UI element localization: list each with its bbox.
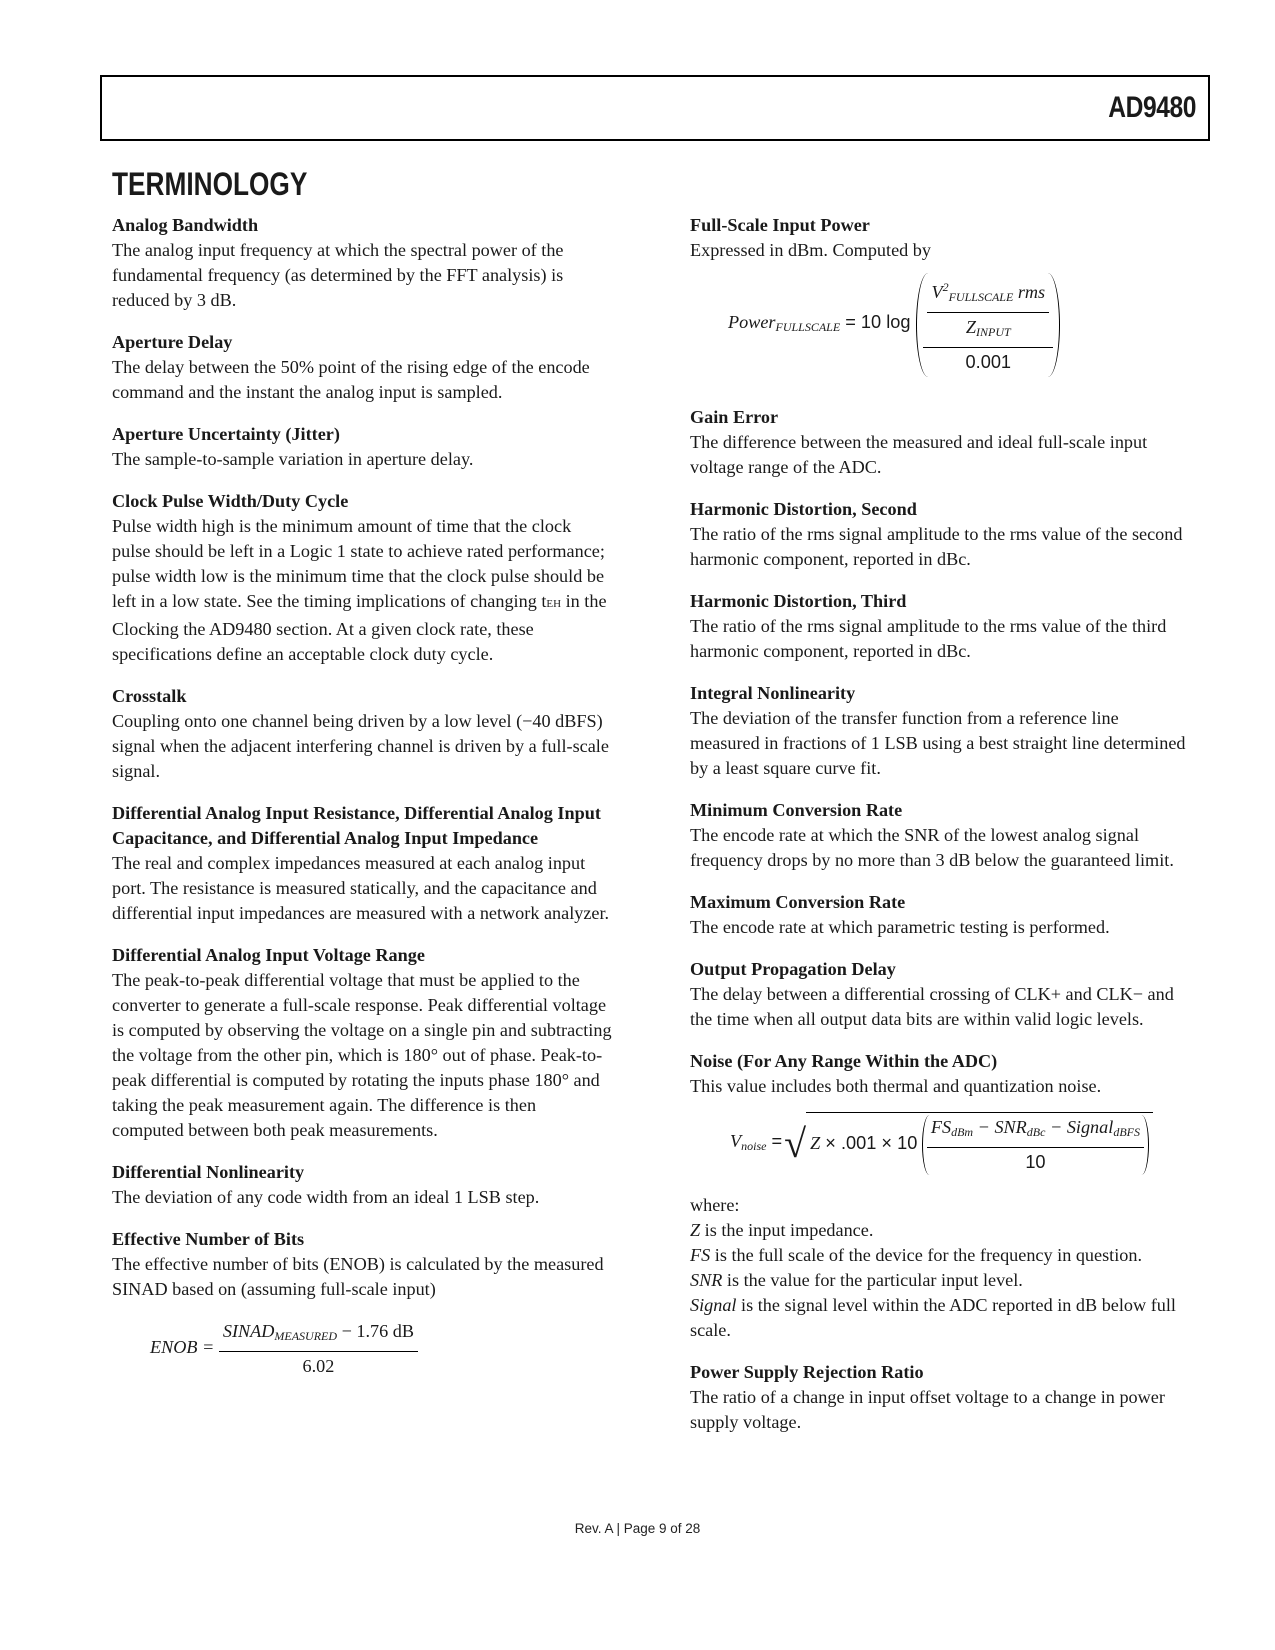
- term-body: The deviation of any code width from an …: [112, 1185, 612, 1210]
- term-body: This value includes both thermal and qua…: [690, 1074, 1190, 1099]
- var: Z: [966, 317, 976, 337]
- term-title: Full-Scale Input Power: [690, 213, 1190, 238]
- where-item: Z is the input impedance.: [690, 1218, 1190, 1243]
- term-differential-input-impedance: Differential Analog Input Resistance, Di…: [112, 801, 612, 926]
- formula-text: × .001 × 10: [820, 1133, 917, 1153]
- term-body: The difference between the measured and …: [690, 430, 1190, 480]
- var: V: [931, 282, 942, 302]
- term-title: Output Propagation Delay: [690, 957, 1190, 982]
- term-title: Gain Error: [690, 405, 1190, 430]
- term-aperture-delay: Aperture Delay The delay between the 50%…: [112, 330, 612, 405]
- term-body: The analog input frequency at which the …: [112, 238, 612, 313]
- formula-text: = 10 log: [840, 312, 910, 332]
- term-harmonic-distortion-third: Harmonic Distortion, Third The ratio of …: [690, 589, 1190, 664]
- formula-parens: V2FULLSCALE rms ZINPUT 0.001: [916, 273, 1060, 377]
- where-item: FS is the full scale of the device for t…: [690, 1243, 1190, 1268]
- power-formula: PowerFULLSCALE = 10 log V2FULLSCALE rms …: [728, 271, 1190, 379]
- part-number: AD9480: [1108, 91, 1196, 125]
- term-body: The ratio of the rms signal amplitude to…: [690, 614, 1190, 664]
- term-title: Differential Analog Input Voltage Range: [112, 943, 612, 968]
- term-power-supply-rejection-ratio: Power Supply Rejection Ratio The ratio o…: [690, 1360, 1190, 1435]
- formula-text: − 1.76 dB: [337, 1321, 414, 1341]
- term-differential-voltage-range: Differential Analog Input Voltage Range …: [112, 943, 612, 1143]
- term-gain-error: Gain Error The difference between the me…: [690, 405, 1190, 480]
- subscript: FULLSCALE: [949, 290, 1014, 304]
- term-title: Differential Nonlinearity: [112, 1160, 612, 1185]
- page-footer: Rev. A | Page 9 of 28: [0, 1521, 1275, 1536]
- formula-fraction: SINADMEASURED − 1.76 dB 6.02: [219, 1319, 418, 1379]
- formula-text: =: [766, 1131, 782, 1151]
- where-list: where: Z is the input impedance. FS is t…: [690, 1193, 1190, 1343]
- term-title: Differential Analog Input Resistance, Di…: [112, 801, 612, 851]
- term-title: Integral Nonlinearity: [690, 681, 1190, 706]
- term-body: Coupling onto one channel being driven b…: [112, 709, 612, 784]
- term-title: Harmonic Distortion, Third: [690, 589, 1190, 614]
- subscript: FULLSCALE: [776, 320, 841, 334]
- var: − Signal: [1045, 1117, 1113, 1137]
- term-title: Noise (For Any Range Within the ADC): [690, 1049, 1190, 1074]
- formula-denominator: 6.02: [219, 1352, 418, 1379]
- term-title: Harmonic Distortion, Second: [690, 497, 1190, 522]
- term-body: The encode rate at which parametric test…: [690, 915, 1190, 940]
- where-intro: where:: [690, 1193, 1190, 1218]
- term-body: The encode rate at which the SNR of the …: [690, 823, 1190, 873]
- section-title: TERMINOLOGY: [112, 166, 307, 203]
- term-title: Aperture Delay: [112, 330, 612, 355]
- term-body: The ratio of a change in input offset vo…: [690, 1385, 1190, 1435]
- subscript: INPUT: [976, 325, 1011, 339]
- term-analog-bandwidth: Analog Bandwidth The analog input freque…: [112, 213, 612, 313]
- formula-numerator: V2FULLSCALE rms ZINPUT: [923, 275, 1053, 348]
- term-output-propagation-delay: Output Propagation Delay The delay betwe…: [690, 957, 1190, 1032]
- term-body: The sample-to-sample variation in apertu…: [112, 447, 612, 472]
- right-column: Full-Scale Input Power Expressed in dBm.…: [690, 213, 1190, 1452]
- formula-numerator: FSdBm − SNRdBc − SignaldBFS: [927, 1115, 1144, 1148]
- term-body: The delay between the 50% point of the r…: [112, 355, 612, 405]
- term-body: The peak-to-peak differential voltage th…: [112, 968, 612, 1143]
- formula-lhs: ENOB =: [150, 1337, 214, 1357]
- subscript: dBm: [951, 1125, 973, 1139]
- term-integral-nonlinearity: Integral Nonlinearity The deviation of t…: [690, 681, 1190, 781]
- var: Z: [690, 1220, 700, 1240]
- formula-lhs: Vnoise =: [730, 1129, 782, 1159]
- term-title: Minimum Conversion Rate: [690, 798, 1190, 823]
- term-clock-pulse-width: Clock Pulse Width/Duty Cycle Pulse width…: [112, 489, 612, 667]
- var: SINAD: [223, 1321, 275, 1341]
- term-title: Analog Bandwidth: [112, 213, 612, 238]
- term-minimum-conversion-rate: Minimum Conversion Rate The encode rate …: [690, 798, 1190, 873]
- where-item: SNR is the value for the particular inpu…: [690, 1268, 1190, 1293]
- term-title: Clock Pulse Width/Duty Cycle: [112, 489, 612, 514]
- sqrt-body: Z × .001 × 10 FSdBm − SNRdBc − SignaldBF…: [806, 1112, 1153, 1177]
- term-crosstalk: Crosstalk Coupling onto one channel bein…: [112, 684, 612, 784]
- left-column: Analog Bandwidth The analog input freque…: [112, 213, 612, 1379]
- page-header: AD9480: [100, 75, 1210, 141]
- var: − SNR: [973, 1117, 1027, 1137]
- var: FS: [931, 1117, 951, 1137]
- inner-denominator: ZINPUT: [927, 313, 1049, 345]
- term-title: Effective Number of Bits: [112, 1227, 612, 1252]
- term-title: Power Supply Rejection Ratio: [690, 1360, 1190, 1385]
- term-body: Pulse width high is the minimum amount o…: [112, 514, 612, 667]
- formula-numerator: SINADMEASURED − 1.76 dB: [219, 1319, 418, 1352]
- subscript: noise: [741, 1139, 766, 1153]
- var: Z: [810, 1133, 820, 1153]
- var: SNR: [690, 1270, 722, 1290]
- term-title: Aperture Uncertainty (Jitter): [112, 422, 612, 447]
- term-effective-number-of-bits: Effective Number of Bits The effective n…: [112, 1227, 612, 1302]
- inner-numerator: V2FULLSCALE rms: [927, 275, 1049, 313]
- where-text: is the signal level within the ADC repor…: [690, 1295, 1176, 1340]
- formula-parens: FSdBm − SNRdBc − SignaldBFS 10: [922, 1115, 1149, 1175]
- where-text: is the input impedance.: [700, 1220, 873, 1240]
- var: FS: [690, 1245, 710, 1265]
- subscript: MEASURED: [274, 1329, 337, 1343]
- sqrt-icon: √: [784, 1124, 806, 1164]
- subscript: dBc: [1027, 1125, 1046, 1139]
- term-title: Maximum Conversion Rate: [690, 890, 1190, 915]
- body-text: Pulse width high is the minimum amount o…: [112, 516, 605, 611]
- where-item: Signal is the signal level within the AD…: [690, 1293, 1190, 1343]
- where-text: is the value for the particular input le…: [722, 1270, 1023, 1290]
- formula-fraction: V2FULLSCALE rms ZINPUT 0.001: [923, 275, 1053, 375]
- var: Power: [728, 312, 776, 332]
- formula-denominator: 10: [927, 1148, 1144, 1175]
- subscript: EH: [546, 598, 561, 610]
- var: Signal: [690, 1295, 736, 1315]
- inner-fraction: V2FULLSCALE rms ZINPUT: [927, 275, 1049, 345]
- formula-denominator: 0.001: [923, 348, 1053, 375]
- term-body: The effective number of bits (ENOB) is c…: [112, 1252, 612, 1302]
- formula-text: rms: [1013, 282, 1045, 302]
- term-title: Crosstalk: [112, 684, 612, 709]
- subscript: dBFS: [1113, 1125, 1140, 1139]
- term-aperture-uncertainty: Aperture Uncertainty (Jitter) The sample…: [112, 422, 612, 472]
- term-body: The deviation of the transfer function f…: [690, 706, 1190, 781]
- term-body: The ratio of the rms signal amplitude to…: [690, 522, 1190, 572]
- term-differential-nonlinearity: Differential Nonlinearity The deviation …: [112, 1160, 612, 1210]
- term-body: Expressed in dBm. Computed by: [690, 238, 1190, 263]
- term-body: The real and complex impedances measured…: [112, 851, 612, 926]
- term-noise: Noise (For Any Range Within the ADC) Thi…: [690, 1049, 1190, 1099]
- term-body: The delay between a differential crossin…: [690, 982, 1190, 1032]
- term-full-scale-input-power: Full-Scale Input Power Expressed in dBm.…: [690, 213, 1190, 263]
- noise-formula: Vnoise = √ Z × .001 × 10 FSdBm − SNRdBc …: [730, 1109, 1190, 1179]
- where-text: is the full scale of the device for the …: [710, 1245, 1142, 1265]
- enob-formula: ENOB = SINADMEASURED − 1.76 dB 6.02: [150, 1319, 612, 1379]
- formula-lhs: PowerFULLSCALE = 10 log: [728, 310, 910, 340]
- term-harmonic-distortion-second: Harmonic Distortion, Second The ratio of…: [690, 497, 1190, 572]
- term-maximum-conversion-rate: Maximum Conversion Rate The encode rate …: [690, 890, 1190, 940]
- var: V: [730, 1131, 741, 1151]
- formula-fraction: FSdBm − SNRdBc − SignaldBFS 10: [927, 1115, 1144, 1175]
